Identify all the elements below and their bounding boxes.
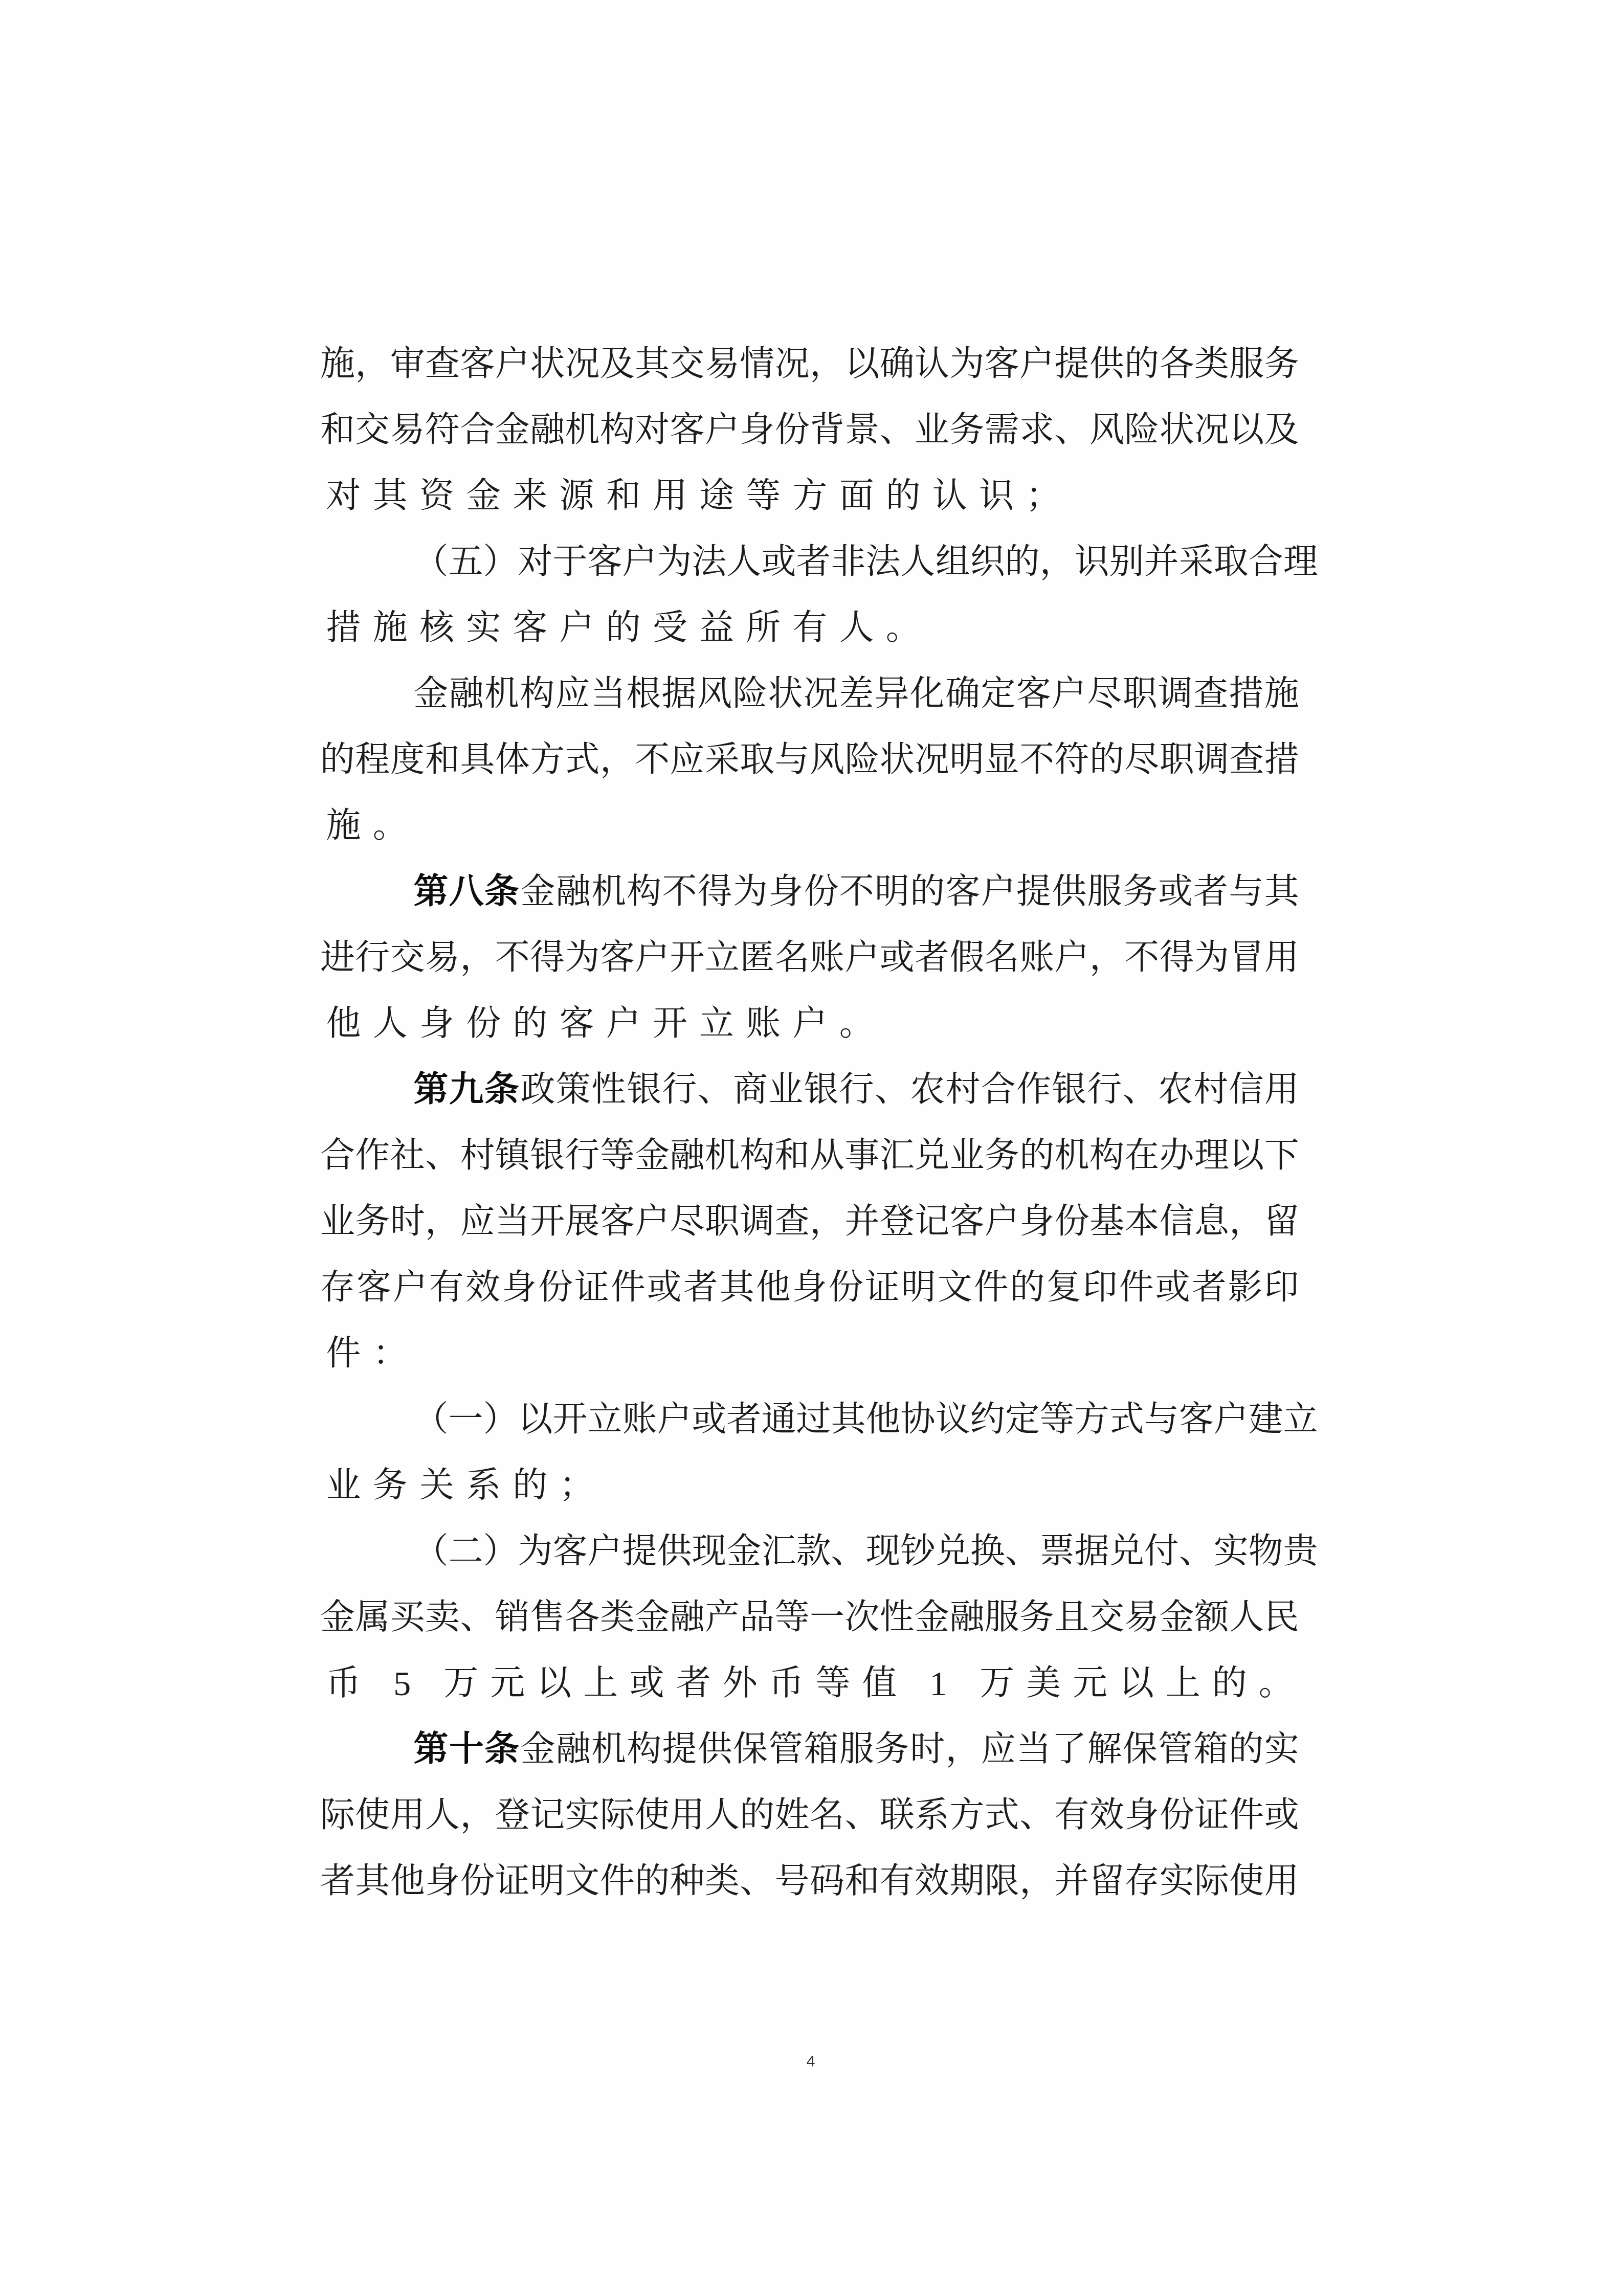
text-line: 业务时，应当开展客户尽职调查，并登记客户身份基本信息，留 [320, 1196, 1299, 1247]
text-line: 者其他身份证明文件的种类、号码和有效期限，并留存实际使用 [320, 1856, 1299, 1907]
text-line: 进行交易，不得为客户开立匿名账户或者假名账户，不得为冒用 [320, 932, 1299, 983]
text-line: 的程度和具体方式，不应采取与风险状况明显不符的尽职调查措 [320, 734, 1299, 785]
text-line: 合作社、村镇银行等金融机构和从事汇兑业务的机构在办理以下 [320, 1130, 1299, 1181]
text-line: 业务关系的； [320, 1460, 1299, 1511]
page-number: 4 [798, 2053, 824, 2070]
text-line: 币 5 万元以上或者外币等值 1 万美元以上的。 [320, 1658, 1299, 1709]
article-line: 第九条政策性银行、商业银行、农村合作银行、农村信用 [413, 1064, 1299, 1115]
text-line: 施。 [320, 800, 1299, 851]
text-line: 和交易符合金融机构对客户身份背景、业务需求、风险状况以及 [320, 404, 1299, 456]
text-line: 存客户有效身份证件或者其他身份证明文件的复印件或者影印 [320, 1262, 1299, 1313]
text-line: 对其资金来源和用途等方面的认识； [320, 470, 1299, 522]
text-line: 他人身份的客户开立账户。 [320, 998, 1299, 1049]
document-page: 施，审查客户状况及其交易情况，以确认为客户提供的各类服务和交易符合金融机构对客户… [0, 0, 1624, 2296]
text-line: 施，审查客户状况及其交易情况，以确认为客户提供的各类服务 [320, 339, 1299, 390]
article-line: 第十条金融机构提供保管箱服务时，应当了解保管箱的实 [413, 1724, 1299, 1775]
text-line: 措施核实客户的受益所有人。 [320, 602, 1299, 654]
text-line: （五）对于客户为法人或者非法人组织的，识别并采取合理 [413, 536, 1299, 588]
text-line: （二）为客户提供现金汇款、现钞兑换、票据兑付、实物贵 [413, 1526, 1299, 1577]
text-line: 金属买卖、销售各类金融产品等一次性金融服务且交易金额人民 [320, 1592, 1299, 1643]
text-line: 际使用人，登记实际使用人的姓名、联系方式、有效身份证件或 [320, 1790, 1299, 1841]
text-line: 件： [320, 1328, 1299, 1379]
article-line: 第八条金融机构不得为身份不明的客户提供服务或者与其 [413, 866, 1299, 917]
text-line: （一）以开立账户或者通过其他协议约定等方式与客户建立 [413, 1394, 1299, 1445]
text-line: 金融机构应当根据风险状况差异化确定客户尽职调查措施 [413, 668, 1299, 719]
